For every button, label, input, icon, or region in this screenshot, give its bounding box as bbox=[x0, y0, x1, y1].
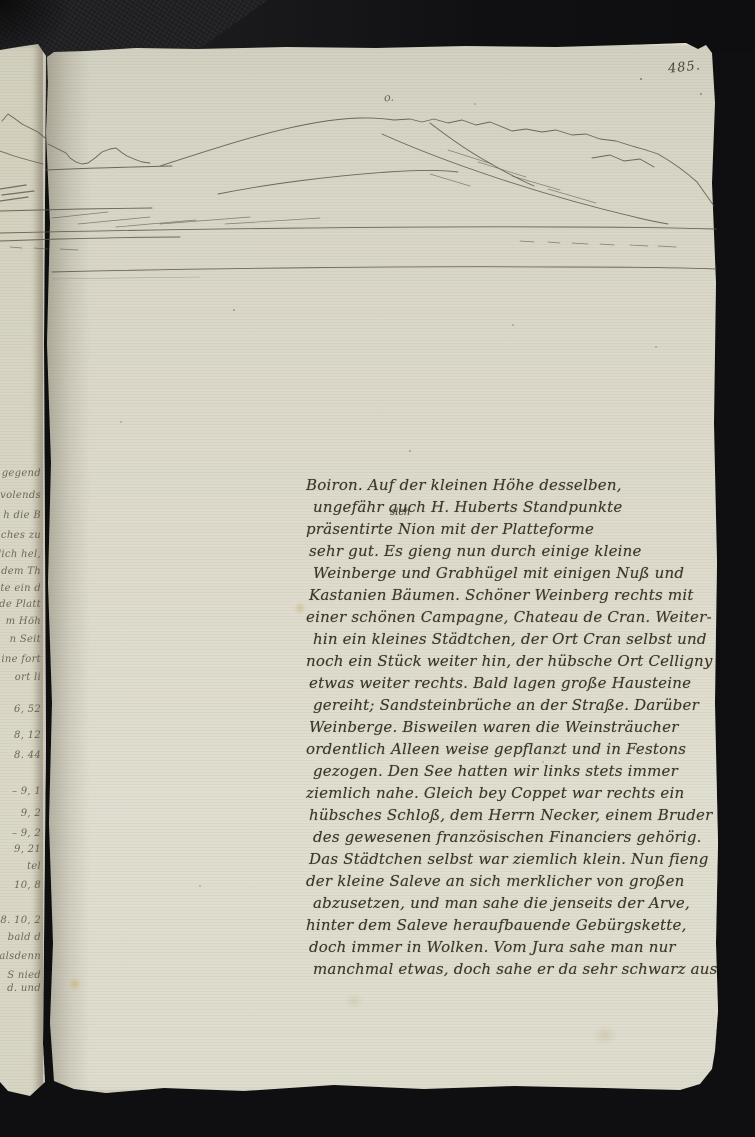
interline-insertion: sich bbox=[390, 507, 410, 518]
margin-fragment: d. und bbox=[7, 983, 41, 994]
margin-fragment: ort li bbox=[15, 672, 41, 683]
margin-fragment: 8. 44 bbox=[14, 750, 41, 761]
margin-fragment: lches zu bbox=[0, 530, 41, 541]
margin-fragment: tel bbox=[27, 861, 41, 872]
margin-fragment: te ein d bbox=[0, 583, 41, 594]
manuscript-line: der kleine Saleve an sich merklicher von… bbox=[306, 870, 724, 892]
paper-stain bbox=[344, 993, 364, 1009]
manuscript-line: abzusetzen, und man sahe die jenseits de… bbox=[306, 892, 724, 914]
margin-fragment: h die B bbox=[3, 510, 41, 521]
margin-fragment: 9, 2 bbox=[21, 808, 41, 819]
margin-fragment: de Platt bbox=[0, 599, 41, 610]
manuscript-line: Boiron. Auf der kleinen Höhe desselben, bbox=[306, 474, 724, 496]
margin-fragment: 6, 52 bbox=[14, 704, 41, 715]
paper-stain bbox=[68, 977, 82, 991]
margin-fragment: volends bbox=[0, 490, 41, 501]
manuscript-line: etwas weiter rechts. Bald lagen große Ha… bbox=[306, 672, 724, 694]
manuscript-line: Kastanien Bäumen. Schöner Weinberg recht… bbox=[306, 584, 724, 606]
margin-fragment: S nied bbox=[7, 970, 41, 981]
manuscript-line: ordentlich Alleen weise gepflanzt und in… bbox=[306, 738, 724, 760]
margin-fragment: n Seit bbox=[10, 634, 41, 645]
margin-fragment: gegend bbox=[2, 468, 41, 479]
manuscript-line: präsentirte Nion mit der Platteforme bbox=[306, 518, 724, 540]
manuscript-line: gereiht; Sandsteinbrüche an der Straße. … bbox=[306, 694, 724, 716]
manuscript-text-block: sich Boiron. Auf der kleinen Höhe dessel… bbox=[306, 474, 724, 980]
manuscript-line: Weinberge und Grabhügel mit einigen Nuß … bbox=[306, 562, 724, 584]
margin-fragment: ine fort bbox=[1, 654, 41, 665]
margin-fragment: 8, 12 bbox=[14, 730, 41, 741]
margin-fragment: dem Th bbox=[1, 566, 41, 577]
manuscript-line: gezogen. Den See hatten wir links stets … bbox=[306, 760, 724, 782]
manuscript-line: manchmal etwas, doch sahe er da sehr sch… bbox=[306, 958, 724, 980]
manuscript-line: hin ein kleines Städtchen, der Ort Cran … bbox=[306, 628, 724, 650]
manuscript-line: sehr gut. Es gieng nun durch einige klei… bbox=[306, 540, 724, 562]
paper-stain bbox=[294, 601, 306, 615]
margin-fragment: 8. 10, 2 bbox=[0, 915, 41, 926]
margin-fragment: – 9, 2 bbox=[12, 828, 41, 839]
manuscript-line: einer schönen Campagne, Chateau de Cran.… bbox=[306, 606, 724, 628]
margin-fragment: – 9, 1 bbox=[12, 786, 41, 797]
margin-fragment: alsdenn bbox=[0, 951, 41, 962]
manuscript-line: Das Städtchen selbst war ziemlich klein.… bbox=[306, 848, 724, 870]
margin-fragment: bald d bbox=[8, 932, 41, 943]
manuscript-line: noch ein Stück weiter hin, der hübsche O… bbox=[306, 650, 724, 672]
manuscript-line: ziemlich nahe. Gleich bey Coppet war rec… bbox=[306, 782, 724, 804]
manuscript-scan: gegend volends h die B lches zu lich hel… bbox=[0, 0, 755, 1137]
margin-fragment: 9, 21 bbox=[14, 844, 41, 855]
previous-page-edge: gegend volends h die B lches zu lich hel… bbox=[0, 44, 46, 1102]
manuscript-line: ungefähr auch H. Huberts Standpunkte bbox=[306, 496, 724, 518]
paper-stain bbox=[592, 1025, 618, 1045]
sketch-annotation: o. bbox=[384, 91, 395, 105]
margin-fragment: 10, 8 bbox=[14, 880, 41, 891]
margin-fragment: lich hel, bbox=[0, 549, 41, 560]
manuscript-line: des gewesenen französischen Financiers g… bbox=[306, 826, 724, 848]
manuscript-line: hübsches Schloß, dem Herrn Necker, einem… bbox=[306, 804, 724, 826]
manuscript-line: doch immer in Wolken. Vom Jura sahe man … bbox=[306, 936, 724, 958]
margin-fragment: m Höh bbox=[6, 616, 41, 627]
manuscript-line: hinter dem Saleve heraufbauende Gebürgsk… bbox=[306, 914, 724, 936]
manuscript-line: Weinberge. Bisweilen waren die Weinsträu… bbox=[306, 716, 724, 738]
